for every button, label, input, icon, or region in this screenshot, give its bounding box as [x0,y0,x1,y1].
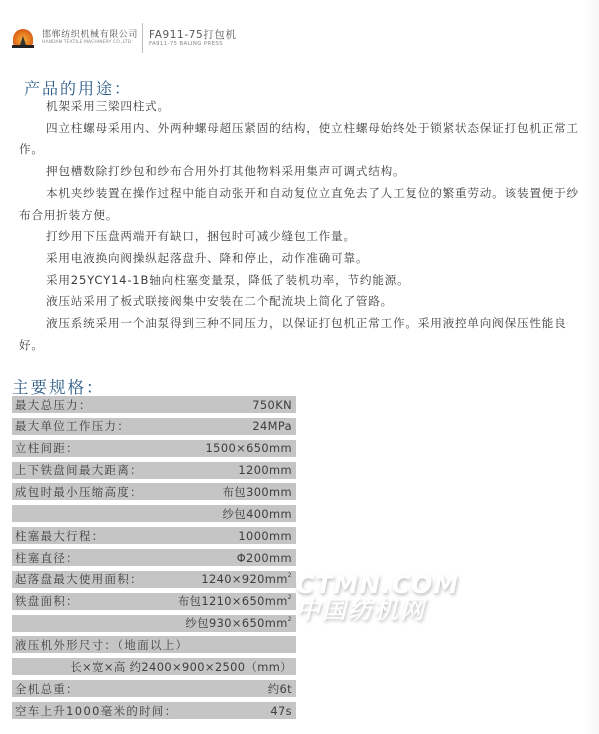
spec-row: 柱塞直径：Φ200mm [12,549,296,566]
product-model: FA911-75打包机 FA911-75 BALING PRESS [149,29,237,48]
spec-row: 全机总重：约6t [12,680,296,697]
spec-value: Φ200mm [237,551,292,565]
spec-value: 24MPa [252,419,292,433]
spec-label: 柱塞直径： [15,550,79,566]
spec-value-wrap: 纱包930×650mm2 [185,615,292,631]
company-name-cn: 邯郸纺织机械有限公司 [42,30,138,40]
spec-row: 立柱间距：1500×650mm [12,440,296,457]
spec-row: 最大总压力：750KN [12,396,296,413]
spec-label: 最大总压力： [15,397,92,413]
spec-label: 铁盘面积： [15,593,79,609]
product-model-en: FA911-75 BALING PRESS [149,41,237,48]
spec-value-wrap: 布包1210×650mm2 [178,593,292,609]
company-sun-logo-icon [12,27,34,49]
spec-value: 纱包930×650mm [185,616,287,630]
uses-paragraph: 四立柱螺母采用内、外两种螺母超压紧固的结构，使立柱螺母始终处于锁紧状态保证打包机… [19,118,581,161]
spec-label: 液压机外形尺寸：（地面以上） [15,637,188,653]
spec-label: 成包时最小压缩高度： [15,484,143,500]
spec-value: 1500×650mm [206,441,292,455]
company-name-en: HANDAN TEXTILE MACHINERY CO.,LTD [42,40,138,46]
spec-value: 47s [270,704,292,718]
watermark-cn: 中国纺机网 [296,597,496,623]
product-model-cn: FA911-75打包机 [149,29,237,41]
uses-paragraph: 本机夹纱装置在操作过程中能自动张开和自动复位立直免去了人工复位的繁重劳动。该装置… [19,183,581,226]
spec-row: 最大单位工作压力：24MPa [12,418,296,435]
spec-row: 纱包400mm [12,505,296,522]
spec-label: 柱塞最大行程： [15,528,105,544]
header-divider [142,23,143,53]
spec-row: 纱包930×650mm2 [12,615,296,632]
uses-paragraph: 液压系统采用一个油泵得到三种不同压力，以保证打包机正常工作。采用液控单向阀保压性… [19,313,581,356]
spec-row: 成包时最小压缩高度：布包300mm [12,483,296,500]
uses-paragraph: 液压站采用了板式联接阀集中安装在二个配流块上简化了管路。 [19,291,581,313]
spec-value: 1200mm [238,463,292,477]
spec-label: 最大单位工作压力： [15,418,130,434]
uses-paragraph: 押包槽数除打纱包和纱布合用外打其他物料采用集声可调式结构。 [19,161,581,183]
uses-paragraph: 打纱用下压盘两端开有缺口，捆包时可减少缝包工作量。 [19,226,581,248]
spec-label: 立柱间距： [15,440,79,456]
uses-paragraphs: 机架采用三梁四柱式。 四立柱螺母采用内、外两种螺母超压紧固的结构，使立柱螺母始终… [19,96,581,356]
uses-paragraph: 采用电液换向阀操纵起落盘升、降和停止，动作准确可靠。 [19,248,581,270]
spec-unit-exponent: 2 [288,594,292,601]
spec-row: 液压机外形尺寸：（地面以上） [12,636,296,653]
spec-value: 1240×920mm [201,572,287,586]
uses-paragraph: 采用25YCY14-1B轴向柱塞变量泵，降低了装机功率，节约能源。 [19,270,581,292]
spec-label: 起落盘最大使用面积： [15,571,143,587]
spec-value: 布包1210×650mm [178,594,288,608]
spec-row: 长×宽×高 约2400×900×2500（mm） [12,658,296,675]
spec-label: 上下铁盘间最大距离： [15,462,143,478]
spec-row: 上下铁盘间最大距离：1200mm [12,462,296,479]
spec-row: 柱塞最大行程：1000mm [12,527,296,544]
spec-row: 起落盘最大使用面积：1240×920mm2 [12,571,296,588]
spec-row: 空车上升1000毫米的时间：47s [12,702,296,719]
site-watermark: CTMN.COM 中国纺机网 [296,573,496,623]
brand-header: 邯郸纺织机械有限公司 HANDAN TEXTILE MACHINERY CO.,… [12,22,237,54]
spec-value: 约6t [268,681,292,697]
spec-value: 布包300mm [222,484,292,500]
spec-value: 纱包400mm [222,506,292,522]
spec-row: 铁盘面积：布包1210×650mm2 [12,593,296,610]
right-edge-shade [585,0,599,734]
spec-label: 全机总重： [15,681,79,697]
uses-paragraph: 机架采用三梁四柱式。 [19,96,581,118]
spec-unit-exponent: 2 [288,616,292,623]
specs-table: 最大总压力：750KN 最大单位工作压力：24MPa 立柱间距：1500×650… [12,396,296,724]
company-name: 邯郸纺织机械有限公司 HANDAN TEXTILE MACHINERY CO.,… [42,30,138,46]
specs-section-title: 主要规格： [12,374,105,398]
watermark-url: CTMN.COM [296,573,496,597]
spec-value: 750KN [252,398,292,412]
spec-value-wrap: 1240×920mm2 [201,572,292,586]
spec-label: 空车上升1000毫米的时间： [15,703,178,719]
spec-value: 长×宽×高 约2400×900×2500（mm） [70,659,292,675]
spec-unit-exponent: 2 [288,572,292,579]
spec-value: 1000mm [238,529,292,543]
